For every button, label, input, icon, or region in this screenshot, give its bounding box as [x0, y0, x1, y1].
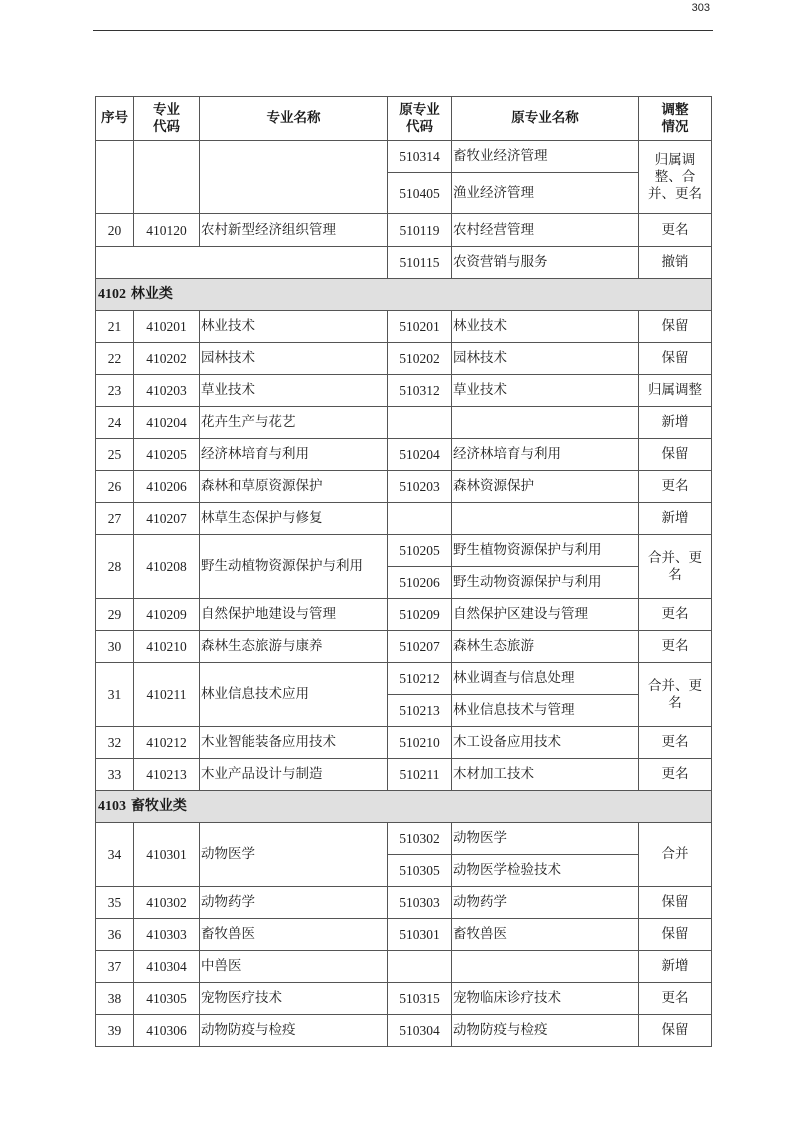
seq-cell: 21: [96, 311, 134, 343]
status-line: 并、更名: [639, 186, 711, 203]
seq-cell: 34: [96, 823, 134, 887]
code-cell: 410305: [134, 983, 200, 1015]
old-name-cell: 野生植物资源保护与利用: [452, 535, 639, 567]
old-name-cell: [452, 951, 639, 983]
code-cell: 410213: [134, 759, 200, 791]
header-old-code-line1: 原专业: [388, 102, 451, 119]
empty-cell: [96, 247, 388, 279]
name-cell: 自然保护地建设与管理: [200, 599, 388, 631]
table-row: 34410301动物医学510302动物医学合并: [96, 823, 712, 855]
table-row: 37410304中兽医新增: [96, 951, 712, 983]
seq-cell: 28: [96, 535, 134, 599]
header-name: 专业名称: [200, 97, 388, 141]
old-name-cell: 动物药学: [452, 887, 639, 919]
status-cell: 更名: [639, 759, 712, 791]
table-row: 35410302动物药学510303动物药学保留: [96, 887, 712, 919]
header-seq: 序号: [96, 97, 134, 141]
section-name: 林业类: [131, 286, 173, 302]
name-cell: 木业产品设计与制造: [200, 759, 388, 791]
code-cell: [134, 141, 200, 214]
seq-cell: 29: [96, 599, 134, 631]
seq-cell: 35: [96, 887, 134, 919]
code-cell: 410304: [134, 951, 200, 983]
name-cell: 草业技术: [200, 375, 388, 407]
status-cell: 合并: [639, 823, 712, 887]
table-row: 28410208野生动植物资源保护与利用510205野生植物资源保护与利用合并、…: [96, 535, 712, 567]
code-cell: 410306: [134, 1015, 200, 1047]
header-status-line2: 情况: [639, 119, 711, 136]
status-cell: 保留: [639, 343, 712, 375]
seq-cell: 26: [96, 471, 134, 503]
table-row: 36410303畜牧兽医510301畜牧兽医保留: [96, 919, 712, 951]
old-name-cell: 木工设备应用技术: [452, 727, 639, 759]
seq-cell: 23: [96, 375, 134, 407]
old-code-cell: 510206: [388, 567, 452, 599]
old-name-cell: [452, 407, 639, 439]
seq-cell: 20: [96, 214, 134, 247]
table-row: 510115 农资营销与服务 撤销: [96, 247, 712, 279]
code-cell: 410206: [134, 471, 200, 503]
status-cell: 更名: [639, 599, 712, 631]
status-cell: 保留: [639, 887, 712, 919]
old-code-cell: 510213: [388, 695, 452, 727]
code-cell: 410201: [134, 311, 200, 343]
code-cell: 410203: [134, 375, 200, 407]
old-code-cell: 510202: [388, 343, 452, 375]
seq-cell: 31: [96, 663, 134, 727]
table-row: 38410305宠物医疗技术510315宠物临床诊疗技术更名: [96, 983, 712, 1015]
seq-cell: 39: [96, 1015, 134, 1047]
header-status: 调整 情况: [639, 97, 712, 141]
code-cell: 410301: [134, 823, 200, 887]
code-cell: 410208: [134, 535, 200, 599]
table-row: 27410207林草生态保护与修复新增: [96, 503, 712, 535]
table-row: 26410206森林和草原资源保护510203森林资源保护更名: [96, 471, 712, 503]
old-code-cell: 510302: [388, 823, 452, 855]
table-row: 22410202园林技术510202园林技术保留: [96, 343, 712, 375]
old-name-cell: 畜牧业经济管理: [452, 141, 639, 173]
table-row: 29410209自然保护地建设与管理510209自然保护区建设与管理更名: [96, 599, 712, 631]
old-code-cell: 510305: [388, 855, 452, 887]
old-code-cell: 510207: [388, 631, 452, 663]
old-name-cell: 森林生态旅游: [452, 631, 639, 663]
table-row: 510314 畜牧业经济管理 归属调 整、合 并、更名: [96, 141, 712, 173]
seq-cell: 22: [96, 343, 134, 375]
table-row: 30410210森林生态旅游与康养510207森林生态旅游更名: [96, 631, 712, 663]
old-code-cell: [388, 503, 452, 535]
old-name-cell: 动物医学: [452, 823, 639, 855]
seq-cell: 30: [96, 631, 134, 663]
old-code-cell: 510210: [388, 727, 452, 759]
table-row: 25410205经济林培育与利用510204经济林培育与利用保留: [96, 439, 712, 471]
old-code-cell: 510205: [388, 535, 452, 567]
name-cell: 森林生态旅游与康养: [200, 631, 388, 663]
header-code: 专业 代码: [134, 97, 200, 141]
name-cell: 畜牧兽医: [200, 919, 388, 951]
page-number: 303: [692, 2, 710, 14]
old-code-cell: 510201: [388, 311, 452, 343]
name-cell: [200, 141, 388, 214]
status-cell: 保留: [639, 439, 712, 471]
old-name-cell: 宠物临床诊疗技术: [452, 983, 639, 1015]
old-name-cell: 畜牧兽医: [452, 919, 639, 951]
old-name-cell: 林业信息技术与管理: [452, 695, 639, 727]
status-line: 名: [639, 695, 711, 712]
status-line: 合并、更: [639, 550, 711, 567]
majors-adjustment-table: 序号 专业 代码 专业名称 原专业 代码 原专业名称 调整 情况 510314 …: [95, 96, 712, 1047]
old-code-cell: 510115: [388, 247, 452, 279]
name-cell: 宠物医疗技术: [200, 983, 388, 1015]
name-cell: 动物防疫与检疫: [200, 1015, 388, 1047]
status-cell: 归属调整: [639, 375, 712, 407]
code-cell: 410204: [134, 407, 200, 439]
section-code: 4102: [98, 287, 126, 302]
code-cell: 410211: [134, 663, 200, 727]
old-code-cell: 510304: [388, 1015, 452, 1047]
status-cell: 合并、更名: [639, 663, 712, 727]
status-line: 归属调: [639, 152, 711, 169]
status-cell: 归属调 整、合 并、更名: [639, 141, 712, 214]
old-code-cell: 510312: [388, 375, 452, 407]
code-cell: 410302: [134, 887, 200, 919]
header-code-line2: 代码: [134, 119, 199, 136]
section-row: 4103 畜牧业类: [96, 791, 712, 823]
old-name-cell: 农村经营管理: [452, 214, 639, 247]
table-row: 23410203草业技术510312草业技术归属调整: [96, 375, 712, 407]
table-row: 20 410120 农村新型经济组织管理 510119 农村经营管理 更名: [96, 214, 712, 247]
header-rule: [93, 30, 713, 31]
old-name-cell: 林业技术: [452, 311, 639, 343]
status-cell: 新增: [639, 503, 712, 535]
name-cell: 动物药学: [200, 887, 388, 919]
old-name-cell: 动物医学检验技术: [452, 855, 639, 887]
code-cell: 410210: [134, 631, 200, 663]
status-cell: 撤销: [639, 247, 712, 279]
code-cell: 410303: [134, 919, 200, 951]
status-line: 合并: [639, 846, 711, 863]
seq-cell: 33: [96, 759, 134, 791]
section-code: 4103: [98, 799, 126, 814]
name-cell: 森林和草原资源保护: [200, 471, 388, 503]
table-header-row: 序号 专业 代码 专业名称 原专业 代码 原专业名称 调整 情况: [96, 97, 712, 141]
status-cell: 更名: [639, 983, 712, 1015]
seq-cell: 36: [96, 919, 134, 951]
old-name-cell: 渔业经济管理: [452, 173, 639, 214]
name-cell: 林业技术: [200, 311, 388, 343]
old-name-cell: 自然保护区建设与管理: [452, 599, 639, 631]
status-line: 合并、更: [639, 678, 711, 695]
old-name-cell: 农资营销与服务: [452, 247, 639, 279]
status-cell: 保留: [639, 1015, 712, 1047]
table-row: 31410211林业信息技术应用510212林业调查与信息处理合并、更名: [96, 663, 712, 695]
header-old-name: 原专业名称: [452, 97, 639, 141]
name-cell: 中兽医: [200, 951, 388, 983]
section-name: 畜牧业类: [131, 798, 187, 814]
table-row: 24410204花卉生产与花艺新增: [96, 407, 712, 439]
seq-cell: 37: [96, 951, 134, 983]
old-code-cell: 510315: [388, 983, 452, 1015]
old-code-cell: 510209: [388, 599, 452, 631]
old-code-cell: 510211: [388, 759, 452, 791]
old-code-cell: 510405: [388, 173, 452, 214]
section-title: 4102 林业类: [96, 279, 712, 311]
old-code-cell: 510212: [388, 663, 452, 695]
status-cell: 更名: [639, 214, 712, 247]
header-old-code: 原专业 代码: [388, 97, 452, 141]
old-code-cell: 510301: [388, 919, 452, 951]
status-cell: 更名: [639, 471, 712, 503]
seq-cell: 25: [96, 439, 134, 471]
status-cell: 合并、更名: [639, 535, 712, 599]
seq-cell: [96, 141, 134, 214]
old-name-cell: 野生动物资源保护与利用: [452, 567, 639, 599]
status-cell: 新增: [639, 951, 712, 983]
code-cell: 410209: [134, 599, 200, 631]
name-cell: 林草生态保护与修复: [200, 503, 388, 535]
code-cell: 410212: [134, 727, 200, 759]
name-cell: 园林技术: [200, 343, 388, 375]
old-name-cell: 森林资源保护: [452, 471, 639, 503]
code-cell: 410205: [134, 439, 200, 471]
code-cell: 410207: [134, 503, 200, 535]
old-code-cell: 510303: [388, 887, 452, 919]
seq-cell: 32: [96, 727, 134, 759]
code-cell: 410202: [134, 343, 200, 375]
header-status-line1: 调整: [639, 102, 711, 119]
old-code-cell: [388, 951, 452, 983]
seq-cell: 27: [96, 503, 134, 535]
old-name-cell: [452, 503, 639, 535]
name-cell: 花卉生产与花艺: [200, 407, 388, 439]
old-code-cell: [388, 407, 452, 439]
status-cell: 保留: [639, 311, 712, 343]
header-old-code-line2: 代码: [388, 119, 451, 136]
old-code-cell: 510119: [388, 214, 452, 247]
section-row: 4102 林业类: [96, 279, 712, 311]
table-row: 21410201林业技术510201林业技术保留: [96, 311, 712, 343]
name-cell: 木业智能装备应用技术: [200, 727, 388, 759]
status-cell: 更名: [639, 727, 712, 759]
old-name-cell: 经济林培育与利用: [452, 439, 639, 471]
old-code-cell: 510204: [388, 439, 452, 471]
name-cell: 经济林培育与利用: [200, 439, 388, 471]
old-code-cell: 510314: [388, 141, 452, 173]
code-cell: 410120: [134, 214, 200, 247]
name-cell: 野生动植物资源保护与利用: [200, 535, 388, 599]
old-name-cell: 木材加工技术: [452, 759, 639, 791]
seq-cell: 24: [96, 407, 134, 439]
status-cell: 新增: [639, 407, 712, 439]
old-name-cell: 林业调查与信息处理: [452, 663, 639, 695]
status-cell: 保留: [639, 919, 712, 951]
status-line: 整、合: [639, 169, 711, 186]
status-line: 名: [639, 567, 711, 584]
header-code-line1: 专业: [134, 102, 199, 119]
name-cell: 林业信息技术应用: [200, 663, 388, 727]
table-row: 32410212木业智能装备应用技术510210木工设备应用技术更名: [96, 727, 712, 759]
status-cell: 更名: [639, 631, 712, 663]
name-cell: 农村新型经济组织管理: [200, 214, 388, 247]
old-name-cell: 动物防疫与检疫: [452, 1015, 639, 1047]
name-cell: 动物医学: [200, 823, 388, 887]
section-title: 4103 畜牧业类: [96, 791, 712, 823]
old-code-cell: 510203: [388, 471, 452, 503]
table-row: 39410306动物防疫与检疫510304动物防疫与检疫保留: [96, 1015, 712, 1047]
old-name-cell: 园林技术: [452, 343, 639, 375]
table-row: 33410213木业产品设计与制造510211木材加工技术更名: [96, 759, 712, 791]
seq-cell: 38: [96, 983, 134, 1015]
old-name-cell: 草业技术: [452, 375, 639, 407]
